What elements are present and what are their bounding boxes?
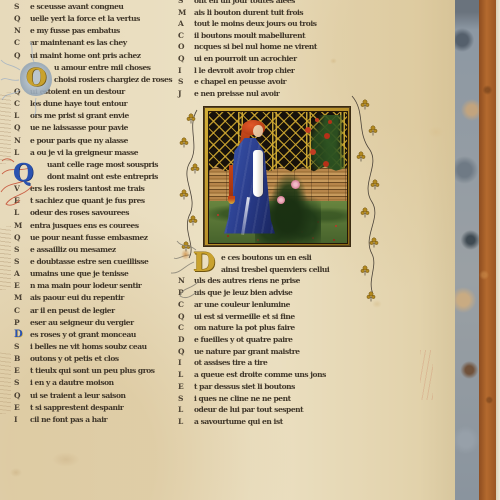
show-through-text [0,226,11,290]
verse-text: t sachiez que quant je fus pres [30,195,186,207]
verse-initial-letter: P [14,317,30,329]
verse-initial-letter: Q [14,390,30,402]
verse-text: e ces boutons un en esli [221,252,370,264]
verse-text: ais paour eui du repentir [30,292,186,304]
verse-initial-letter: Q [14,232,30,244]
paper-edge-strip [496,0,500,500]
verse-initial-letter: S [178,393,194,405]
verse-line: P uis que je leuz bien advise [178,287,370,299]
verse-text: e chapel en peusse avoir [194,76,366,88]
marbled-endpaper-edge [455,0,479,500]
verse-initial-letter: E [14,365,30,377]
verse-text: entra jusques ens es courees [30,220,186,232]
verse-line: S ont en un jour toutes alees [178,0,366,7]
verse-line: dont maint ont este entrepris [14,171,186,183]
right-text-column-top: S ont en un jour toutes alees M ais li b… [178,0,366,99]
verse-line: O ncques si bel nul home ne virent [178,41,366,53]
verse-line: I l le devroit avoir trop chier [178,65,366,77]
verse-text: ui maint home ont pris achez [30,50,186,62]
verse-text: ar il en peust de legier [30,305,186,317]
verse-line: S e sceusse avant congneu [14,1,186,13]
tippet-tassel [228,196,235,204]
verse-text: a queue est droite comme uns jons [194,369,370,381]
foxing-stain [10,468,22,477]
verse-initial-letter: C [178,322,194,334]
gold-initial-o: O [26,63,47,92]
verse-initial-letter: C [14,37,30,49]
verse-line: Q ue pour neant fusse embasmez [14,232,186,244]
verse-line: S i en y a dautre moison [14,377,186,389]
verse-initial-letter: Q [178,311,194,323]
verse-text: ar une couleur lenlumine [194,299,370,311]
verse-line: L a savourtume qui en ist [178,416,370,428]
verse-text: los dune haye tout entour [30,98,186,110]
foxing-stain [372,300,382,308]
verse-initial-letter: C [14,305,30,317]
verse-initial-letter: S [14,377,30,389]
verse-text: ncques si bel nul home ne virent [194,41,366,53]
verse-text: a ou je vi la greigneur masse [30,147,186,159]
verse-initial-letter: I [178,65,194,77]
verse-line: E t par dessus siet li boutons [178,381,370,393]
verse-text: t si sapprestent despanir [30,402,186,414]
verse-text: odeur de lui par tout sespent [194,404,370,416]
verse-line: uant celle rage most souspris [14,159,186,171]
foxing-stain [52,452,80,467]
verse-text: choisi rosiers chargiez de roses [54,74,186,86]
verse-line: S e doubtasse estre sen cueillisse [14,256,186,268]
verse-line: E t sachiez que quant je fus pres [14,195,186,207]
verse-line: A tout le moins deux jours ou trois [178,18,366,30]
pink-rose [291,180,300,189]
verse-initial-letter: C [178,299,194,311]
verse-initial-letter: L [178,369,194,381]
leather-binding-edge [479,0,496,500]
verse-text: dont maint ont este entrepris [47,171,186,183]
verse-initial-letter: N [178,275,194,287]
verse-line: Q uelle yert la force et la vertus [14,13,186,25]
verse-line: C ar il en peust de legier [14,305,186,317]
verse-line: C om nature la pot plus faire [178,322,370,334]
verse-line: I ot assises tire a tire [178,357,370,369]
verse-text: tout le moins deux jours ou trois [194,18,366,30]
verse-initial-letter: Q [14,13,30,25]
verse-text: l le devroit avoir trop chier [194,65,366,77]
verse-initial-letter: M [178,7,194,19]
verse-text: ers les rosiers tantost me trais [30,183,186,195]
verse-line: C ar une couleur lenlumine [178,299,370,311]
verse-text: e pour paris que ny alasse [30,135,186,147]
verse-line: Q ui en pourroit un acrochier [178,53,366,65]
verse-initial-letter: A [14,268,30,280]
verse-initial-letter: O [178,41,194,53]
verse-text: ui se traient a leur saison [30,390,186,402]
verse-initial-letter: P [178,287,194,299]
verse-text: e doubtasse estre sen cueillisse [30,256,186,268]
verse-line: C los dune haye tout entour [14,98,186,110]
red-tippet [229,165,233,198]
verse-text: umains une que je tenisse [30,268,186,280]
verse-initial-letter: C [178,30,194,42]
verse-line: D es roses y ot grant monceau [14,329,186,341]
verse-initial-letter: M [14,220,30,232]
verse-text: cil ne font pas a hair [30,414,186,426]
verse-initial-letter: E [14,280,30,292]
lover-figure [220,119,278,234]
verse-text: il boutons moult mabellurent [194,30,366,42]
verse-text: ui en pourroit un acrochier [194,53,366,65]
verse-line: S e assailliz ou mesamez [14,244,186,256]
verse-initial-letter: A [178,18,194,30]
verse-text: ainsi tresbel quenviers cellui [221,264,370,276]
verse-line: E n ma main pour lodeur sentir [14,280,186,292]
pink-rose [277,196,285,204]
verse-initial-letter: Q [178,53,194,65]
verse-text: ue nature par grant maistre [194,346,370,358]
verse-line: C ar maintenant es las chey [14,37,186,49]
verse-text: ue pour neant fusse embasmez [30,232,186,244]
verse-text: e sceusse avant congneu [30,1,186,13]
verse-initial-letter: I [14,414,30,426]
foxing-stain [428,126,444,138]
verse-line: N e my fusse pas embatus [14,25,186,37]
verse-line: P eser au seigneur du vergier [14,317,186,329]
verse-line: S i belles ne vit homs soubz ceau [14,341,186,353]
verse-initial-letter: L [14,110,30,122]
verse-initial-letter: S [14,341,30,353]
verse-line: L odeur de lui par tout sespent [178,404,370,416]
gold-initial-d: D [193,248,216,278]
lover-face [253,125,263,137]
verse-text: i ques ne cline ne ne pent [194,393,370,405]
verse-line: C il boutons moult mabellurent [178,30,366,42]
verse-initial-letter: Q [178,346,194,358]
verse-initial-letter: M [14,292,30,304]
show-through-text [0,92,11,164]
verse-text: e nen preisse nul avoir [194,88,366,100]
verse-line: Q ui est si vermeille et si fine [178,311,370,323]
verse-initial-letter: D [178,334,194,346]
verse-line: S e chapel en peusse avoir [178,76,366,88]
miniature-gold-frame [203,106,351,247]
verse-initial-letter: S [178,76,194,88]
verse-initial-letter: C [14,98,30,110]
verse-text: uis que je leuz bien advise [194,287,370,299]
verse-line: Q ui se traient a leur saison [14,390,186,402]
verse-text: es roses y ot grant monceau [30,329,186,341]
verse-initial-letter: L [178,404,194,416]
verse-initial-letter: J [178,88,194,100]
verse-text: t tieulx qui sont un peu plus gros [30,365,186,377]
verse-initial-letter: S [14,256,30,268]
blue-initial-q: Q [13,158,34,187]
verse-text: uls des autres riens ne prise [194,275,370,287]
verse-text: om nature la pot plus faire [194,322,370,334]
verse-initial-letter: S [14,244,30,256]
verse-initial-letter: L [14,147,30,159]
verse-line: D e fueilles y ot quatre paire [178,334,370,346]
verse-line: L odeur des roses savourees [14,207,186,219]
verse-text: u amour entre mil choses [54,62,186,74]
verse-text: ot assises tire a tire [194,357,370,369]
verse-line: Q ue nature par grant maistre [178,346,370,358]
verse-initial-letter: L [14,207,30,219]
verse-text: e fueilles y ot quatre paire [194,334,370,346]
verse-text: ont en un jour toutes alees [194,0,366,7]
verse-line: N e pour paris que ny alasse [14,135,186,147]
verse-initial-letter: B [14,353,30,365]
verse-initial-letter: Q [14,122,30,134]
verse-text: a savourtume qui en ist [194,416,370,428]
verse-initial-letter: Q [14,50,30,62]
verse-line: A umains une que je tenisse [14,268,186,280]
verse-initial-letter: N [14,135,30,147]
verse-text: ais li bouton durent tuit frois [194,7,366,19]
verse-initial-letter: N [14,25,30,37]
verse-text: ui estoient en un destour [30,86,186,98]
verse-line: B outons y ot petis et clos [14,353,186,365]
verse-text: ar maintenant es las chey [30,37,186,49]
white-hanging-sleeve [253,150,263,197]
verse-text: t par dessus siet li boutons [194,381,370,393]
verse-text: n ma main pour lodeur sentir [30,280,186,292]
verse-text: outons y ot petis et clos [30,353,186,365]
verse-initial-letter: S [14,1,30,13]
verse-text: ue ne laissasse pour pavie [30,122,186,134]
verse-line: M entra jusques ens es courees [14,220,186,232]
parchment-page: S e sceusse avant congneu Q uelle yert l… [0,0,455,500]
verse-initial-letter: I [178,357,194,369]
verse-initial-letter: L [178,416,194,428]
verse-text: uant celle rage most souspris [47,159,186,171]
verse-line: E t tieulx qui sont un peu plus gros [14,365,186,377]
verse-line: Q ue ne laissasse pour pavie [14,122,186,134]
verse-text: ui est si vermeille et si fine [194,311,370,323]
verse-line: J e nen preisse nul avoir [178,88,366,100]
red-offset-mark [420,350,433,400]
verse-line: L a ou je vi la greigneur masse [14,147,186,159]
right-text-column-bottom: e ces boutons un en esli ainsi tresbel q… [178,252,370,428]
verse-text: odeur des roses savourees [30,207,186,219]
verse-text: i en y a dautre moison [30,377,186,389]
verse-initial-letter: E [178,381,194,393]
show-through-text [0,352,11,414]
verse-line: M ais li bouton durent tuit frois [178,7,366,19]
verse-initial-letter: E [14,195,30,207]
manuscript-photo: S e sceusse avant congneu Q uelle yert l… [0,0,500,500]
verse-line: Q ui maint home ont pris achez [14,50,186,62]
verse-line: V ers les rosiers tantost me trais [14,183,186,195]
verse-line: S i ques ne cline ne ne pent [178,393,370,405]
verse-line: I cil ne font pas a hair [14,414,186,426]
verse-text: e my fusse pas embatus [30,25,186,37]
verse-initial-letter: D [14,329,30,341]
verse-text: ors me prist si grant envie [30,110,186,122]
miniature-scene [208,111,348,244]
verse-line: L ors me prist si grant envie [14,110,186,122]
verse-text: i belles ne vit homs soubz ceau [30,341,186,353]
verse-line: L a queue est droite comme uns jons [178,369,370,381]
verse-line: M ais paour eui du repentir [14,292,186,304]
verse-line: E t si sapprestent despanir [14,402,186,414]
red-roses-on-trellis [315,118,319,122]
verse-text: e assailliz ou mesamez [30,244,186,256]
verse-initial-letter: E [14,402,30,414]
verse-text: eser au seigneur du vergier [30,317,186,329]
verse-initial-letter: S [178,0,194,7]
verse-text: uelle yert la force et la vertus [30,13,186,25]
